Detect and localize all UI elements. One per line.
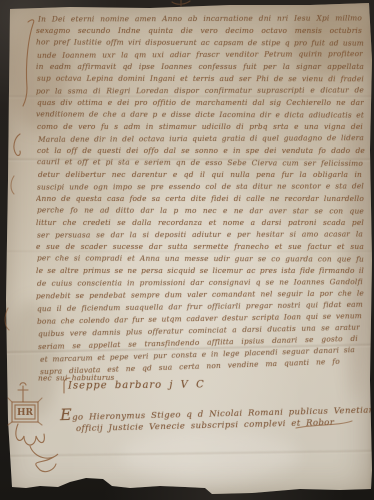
manuscript-line: Marala dene dir in del octava iuria quie…	[38, 132, 364, 146]
manuscript-scan: In Dei eterni nomine amen Anno ab incarn…	[0, 0, 374, 500]
manuscript-line: detur delibertur nec darentur e qd il qu…	[38, 169, 362, 181]
manuscript-line: in eadm affirmavit qd ipse Ioannes confe…	[36, 61, 364, 73]
manuscript-line: per che si compradi et Anna una messe ud…	[37, 252, 364, 265]
manuscript-line: unde Ioannem uxr la qm uxi adiar frascr …	[37, 48, 363, 62]
manuscript-line: Anno de questa casa fode sa certa dite f…	[36, 193, 364, 205]
manuscript-line: sexagmo secundo Indne quinta die vero de…	[36, 25, 362, 37]
manuscript-line: cot la off de questi dei offo dal se son…	[37, 145, 365, 157]
parchment-sheet: In Dei eterni nomine amen Anno ab incarn…	[0, 0, 374, 500]
manuscript-line: como de vero fu s adm in stimamur udicil…	[37, 121, 363, 133]
manuscript-line: littur che credeti se dalla recordanza e…	[36, 217, 364, 229]
manuscript-line: In Dei eterni nomine amen Anno ab incarn…	[38, 12, 362, 25]
manuscript-line: venditionem de che a dare p e disse dict…	[36, 108, 364, 121]
manuscript-line: suscipi unde ogn impo se pre essendo col…	[37, 180, 364, 193]
top-edge-ink-smudge	[172, 0, 190, 6]
manuscript-line: le se altre primus se ne persa sicquid s…	[36, 265, 364, 277]
manuscript-line: e sue de scader sucesse dar sutta sermet…	[36, 241, 364, 253]
fold-crease	[0, 449, 374, 458]
manuscript-line: cauril et off et pi sta e seriem qn de e…	[37, 156, 363, 170]
manuscript-line: quas div ottima e dei pro offitio de mar…	[37, 97, 364, 109]
manuscript-line: sup octava Lepina domini Ingani et terri…	[37, 73, 364, 86]
signature-line: Iseppe barbaro j V C	[68, 379, 205, 392]
manuscript-line: perche fo ne ad ditto dar la p mo nec e …	[37, 204, 364, 217]
manuscript-line: por la ssma di Riegri Loredan dispor con…	[36, 84, 364, 97]
manuscript-line: ser persuasa se dar la si depositi adiut…	[37, 228, 363, 241]
